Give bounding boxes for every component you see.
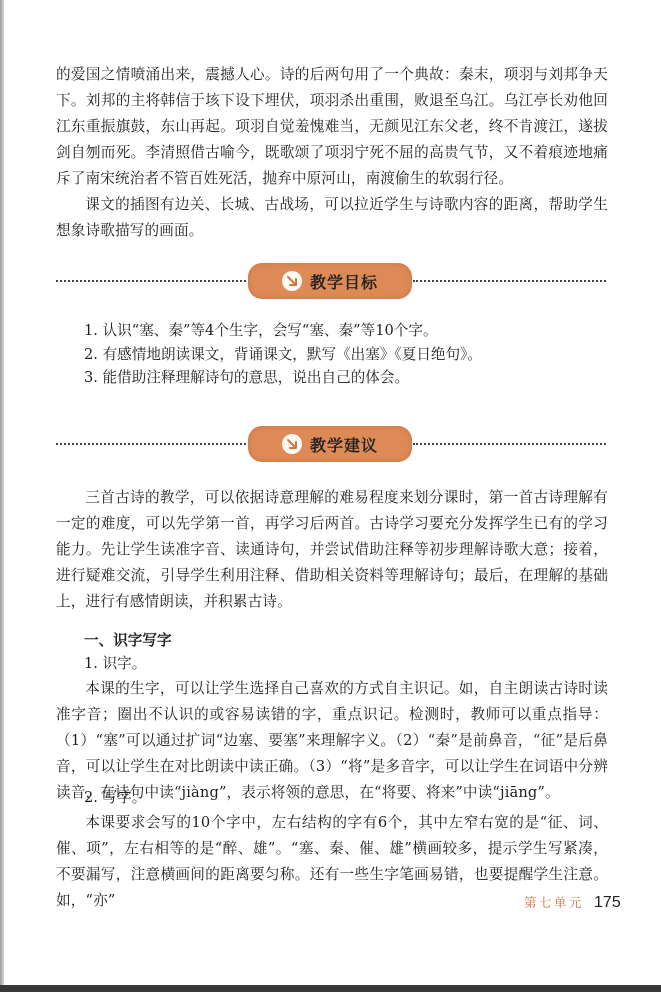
page-number: 175 xyxy=(594,894,621,912)
dotted-divider-right xyxy=(413,443,606,445)
goal-item: 2. 有感情地朗读课文，背诵课文，默写《出塞》《夏日绝句》。 xyxy=(84,343,604,367)
section-title: 教学目标 xyxy=(310,270,378,293)
subsection-heading: 一、识字写字 xyxy=(84,628,172,654)
arrow-down-right-circle-icon xyxy=(282,434,302,454)
subsection-part2-title: 2. 写字。 xyxy=(84,786,146,810)
section-divider-teaching-goals: 教学目标 xyxy=(56,263,608,299)
paragraph-illustration-note: 课文的插图有边关、长城、古战场，可以拉近学生与诗歌内容的距离，帮助学生想象诗歌描… xyxy=(56,192,608,244)
dotted-divider-right xyxy=(413,280,606,282)
section-banner-teaching-goals: 教学目标 xyxy=(248,263,412,299)
page-footer: 第七单元 175 xyxy=(524,893,621,912)
paragraph-teaching-suggestions-intro: 三首古诗的教学，可以依据诗意理解的难易程度来划分课时，第一首古诗理解有一定的难度… xyxy=(56,485,608,615)
dotted-divider-left xyxy=(56,280,246,282)
section-banner-teaching-suggestions: 教学建议 xyxy=(248,426,412,462)
dotted-divider-left xyxy=(56,443,246,445)
page-binding-edge xyxy=(0,0,4,985)
subsection-part1-title: 1. 识字。 xyxy=(84,652,146,676)
paragraph-intro-continuation: 的爱国之情喷涌出来，震撼人心。诗的后两句用了一个典故：秦末，项羽与刘邦争天下。刘… xyxy=(56,62,608,192)
section-divider-teaching-suggestions: 教学建议 xyxy=(56,426,608,462)
arrow-down-right-circle-icon xyxy=(282,271,302,291)
teaching-goals-list: 1. 认识“塞、秦”等4个生字，会写“塞、秦”等10个字。 2. 有感情地朗读课… xyxy=(84,319,604,390)
goal-item: 1. 认识“塞、秦”等4个生字，会写“塞、秦”等10个字。 xyxy=(84,319,604,343)
goal-item: 3. 能借助注释理解诗句的意思，说出自己的体会。 xyxy=(84,366,604,390)
page-bottom-edge xyxy=(0,985,661,992)
unit-label: 第七单元 xyxy=(524,893,584,911)
section-title: 教学建议 xyxy=(310,433,378,456)
